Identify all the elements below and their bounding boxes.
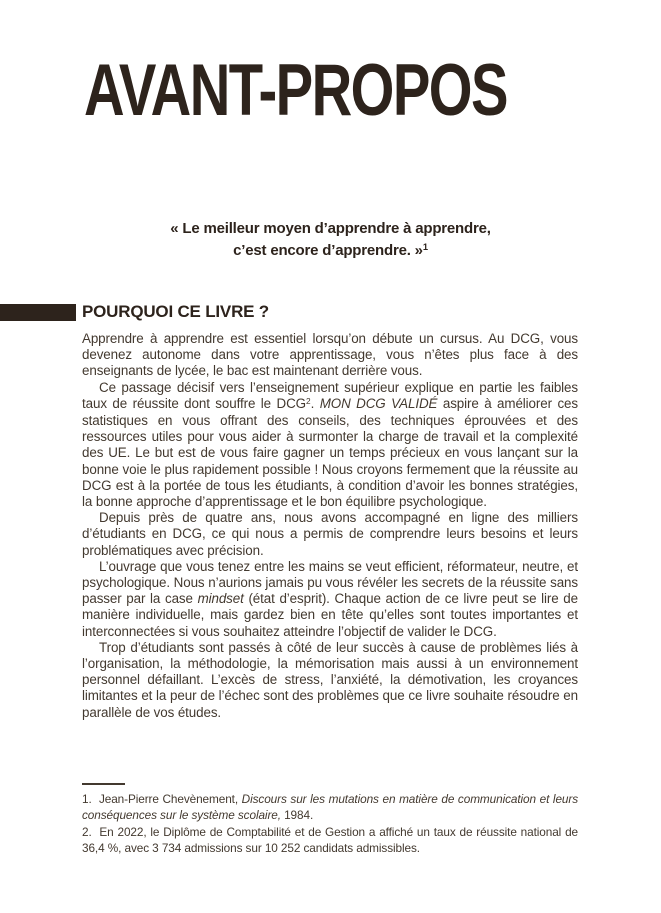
paragraph-4: L’ouvrage que vous tenez entre les mains… (82, 559, 578, 640)
quote-line-1: « Le meilleur moyen d’apprendre à appren… (0, 218, 661, 240)
paragraph-5: Trop d’étudiants sont passés à côté de l… (82, 640, 578, 721)
quote-footnote-ref: 1 (423, 242, 428, 252)
quote-line-2-text: c’est encore d’apprendre. » (233, 242, 423, 259)
page-title: AVANT-PROPOS (84, 54, 507, 127)
section-heading: POURQUOI CE LIVRE ? (82, 301, 269, 323)
book-page: AVANT-PROPOS « Le meilleur moyen d’appre… (0, 0, 661, 913)
epigraph-quote: « Le meilleur moyen d’apprendre à appren… (0, 218, 661, 263)
section-marker-bar (0, 304, 76, 321)
footnote-1: 1. Jean-Pierre Chevènement, Discours sur… (82, 792, 578, 823)
footnote-2: 2. En 2022, le Diplôme de Comptabilité e… (82, 825, 578, 856)
paragraph-1: Apprendre à apprendre est essentiel lors… (82, 331, 578, 380)
footnote-separator-rule (82, 783, 125, 785)
footnotes: 1. Jean-Pierre Chevènement, Discours sur… (82, 792, 578, 858)
body-text: Apprendre à apprendre est essentiel lors… (82, 331, 578, 721)
paragraph-3: Depuis près de quatre ans, nous avons ac… (82, 510, 578, 559)
paragraph-2: Ce passage décisif vers l’enseignement s… (82, 380, 578, 511)
quote-line-2: c’est encore d’apprendre. »1 (0, 240, 661, 263)
